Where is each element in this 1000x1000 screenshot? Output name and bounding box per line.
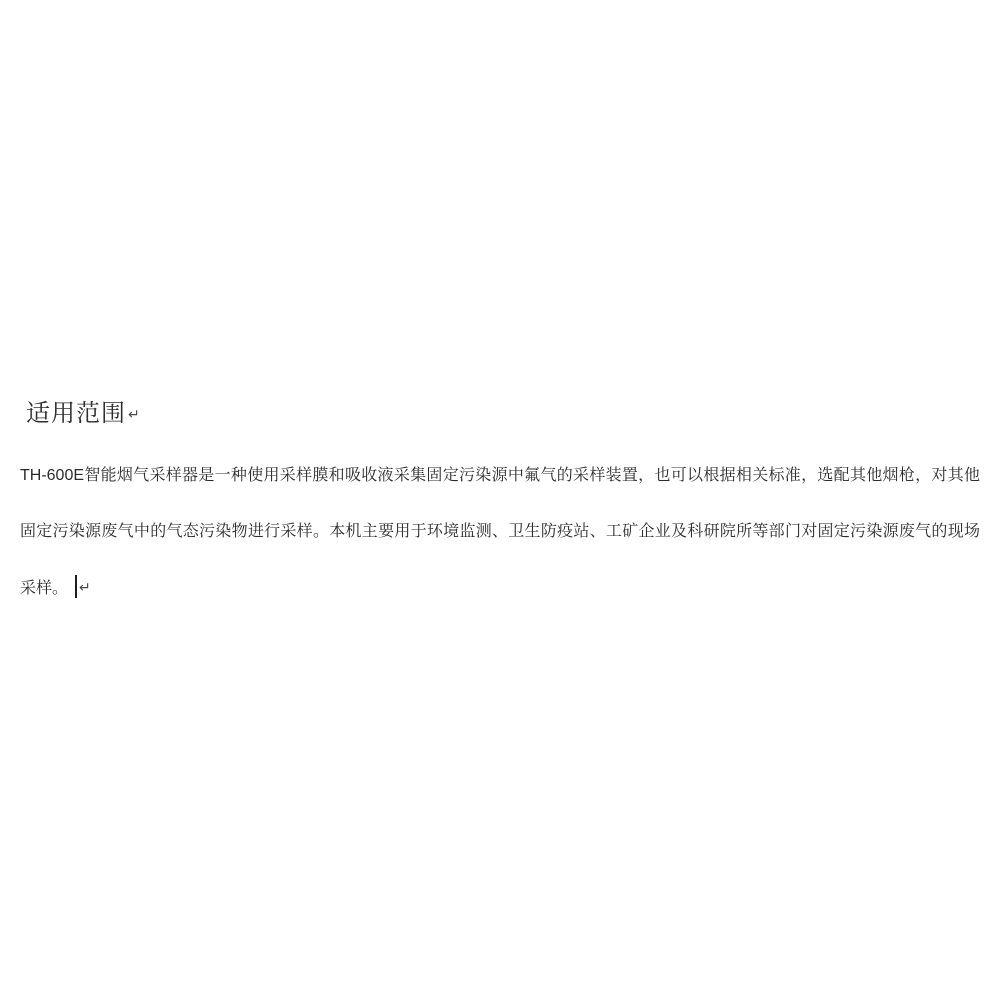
paragraph-line-last[interactable]: 采样。↵ (20, 574, 980, 602)
paragraph-line[interactable]: TH-600E智能烟气采样器是一种使用采样膜和吸收液采集固定污染源中氟气的采样装… (20, 463, 980, 489)
section-heading[interactable]: 适用范围↵ (26, 401, 140, 427)
paragraph-mark-icon: ↵ (128, 406, 140, 422)
paragraph-line[interactable]: 固定污染源废气中的气态污染物进行采样。本机主要用于环境监测、卫生防疫站、工矿企业… (20, 519, 980, 545)
text-cursor-caret (75, 575, 77, 598)
section-heading-text: 适用范围 (26, 400, 126, 427)
paragraph-line-text: 采样。 (20, 580, 68, 597)
paragraph-mark-icon: ↵ (79, 579, 91, 595)
document-page[interactable]: 适用范围↵ TH-600E智能烟气采样器是一种使用采样膜和吸收液采集固定污染源中… (0, 0, 1000, 1000)
